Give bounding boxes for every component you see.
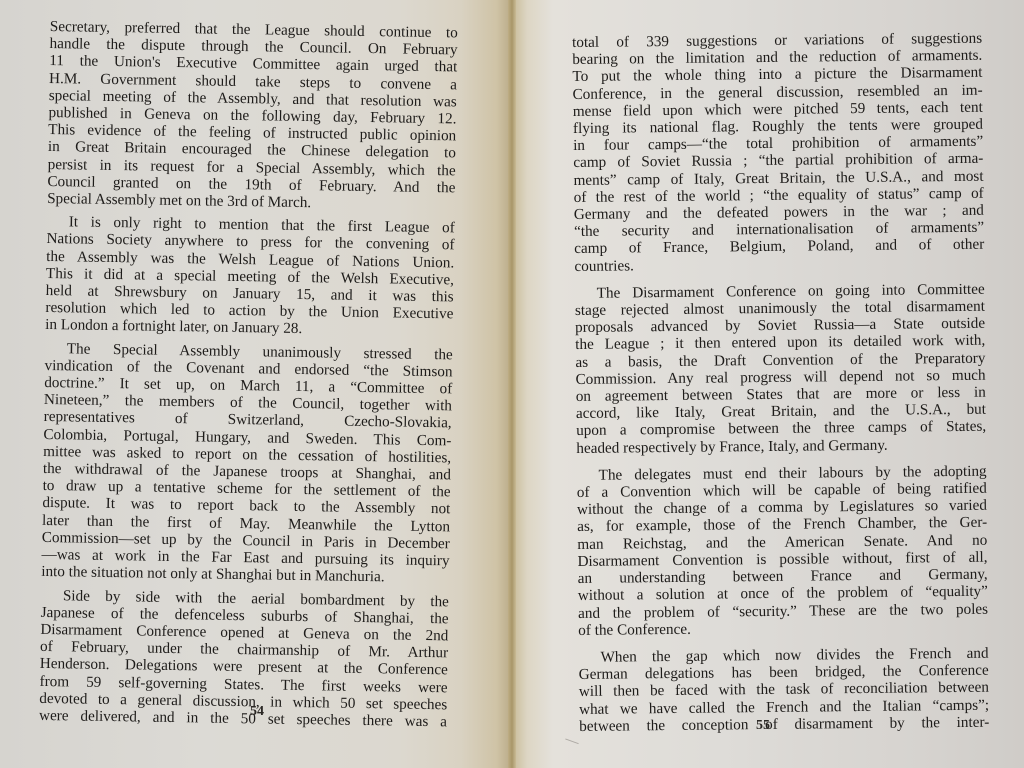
text-line: between the conception of disarmament by… xyxy=(579,713,989,734)
paragraph: The Special Assembly unanimously stresse… xyxy=(41,340,453,587)
page-number-right: 55 xyxy=(756,718,770,734)
text-line: of the Conference. xyxy=(578,617,988,638)
left-page-text: Secretary, preferred that the League sho… xyxy=(39,18,458,736)
paragraph: The Disarmament Conference on going into… xyxy=(575,281,987,457)
paragraph: When the gap which now divides the Frenc… xyxy=(578,645,989,735)
text-line: headed respectively by France, Italy, an… xyxy=(576,435,986,456)
page-number-left: 54 xyxy=(250,704,264,720)
book-gutter xyxy=(508,0,516,768)
paragraph: The delegates must end their labours by … xyxy=(577,463,989,639)
paragraph: Side by side with the aerial bombardment… xyxy=(39,586,449,730)
right-page-text: total of 339 suggestions or variations o… xyxy=(572,30,989,745)
paragraph: It is only right to mention that the fir… xyxy=(45,213,455,340)
paragraph: total of 339 suggestions or variations o… xyxy=(572,30,984,275)
open-book-spread: Secretary, preferred that the League sho… xyxy=(0,0,1024,768)
paragraph: Secretary, preferred that the League sho… xyxy=(47,18,458,214)
